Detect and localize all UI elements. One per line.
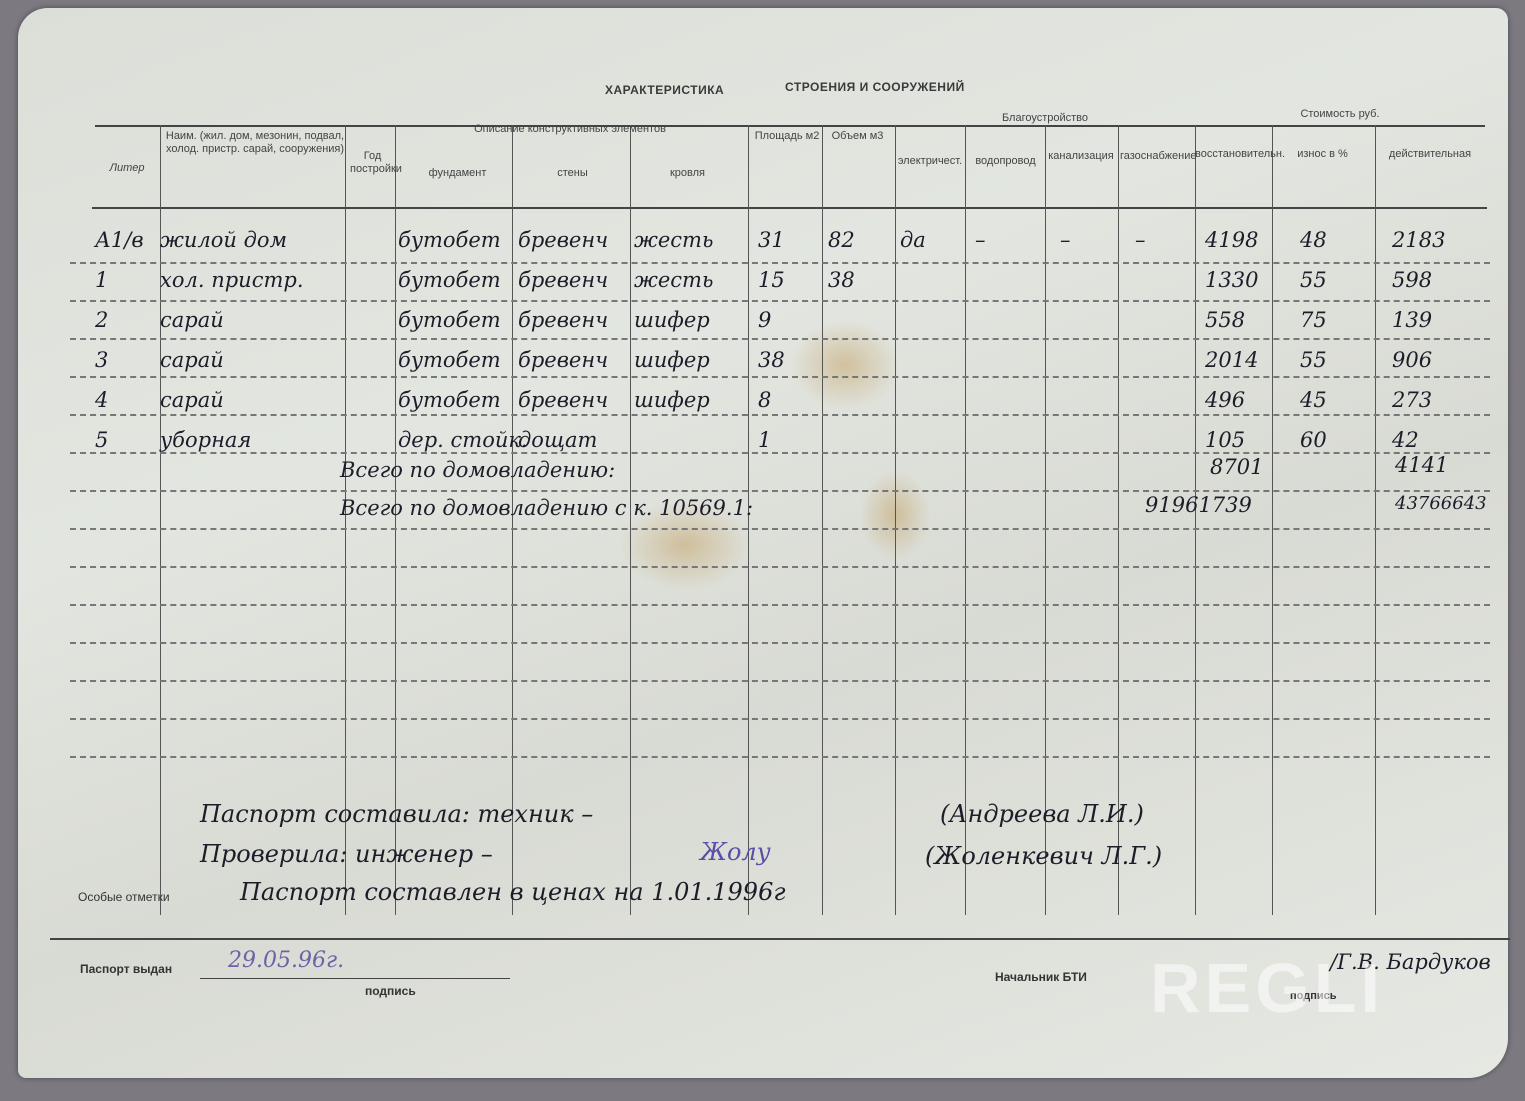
total-restoration-2: 91961739 [1145, 493, 1252, 517]
row-line [70, 604, 1490, 606]
cell-area: 9 [758, 308, 771, 332]
header-volume: Объем м3 [825, 130, 890, 143]
cell-wear: 60 [1300, 428, 1327, 452]
total-actual-1: 4141 [1395, 453, 1448, 477]
column-line [1195, 125, 1196, 915]
cell-area: 15 [758, 268, 785, 292]
row-line [70, 338, 1490, 340]
header-area: Площадь м2 [752, 130, 822, 143]
column-line [1118, 125, 1119, 915]
cell-actual: 598 [1392, 268, 1432, 292]
row-line [70, 566, 1490, 568]
header-sewer: канализация [1045, 150, 1117, 163]
cell-wear: 55 [1300, 348, 1327, 372]
cell-gas: – [1135, 228, 1146, 252]
row-line [70, 262, 1490, 264]
column-line [1272, 125, 1273, 915]
issued-line [200, 978, 510, 979]
stain [790, 320, 900, 410]
cell-liter: А1/в [95, 228, 144, 252]
cell-restoration: 105 [1205, 428, 1245, 452]
separator-line [50, 938, 1510, 940]
issued-label: Паспорт выдан [80, 962, 172, 976]
column-line [965, 125, 966, 915]
checked-name: (Жоленкевич Л.Г.) [925, 842, 1162, 870]
cell-name: сарай [160, 308, 224, 332]
cell-foundation: бутобет [398, 348, 501, 372]
cell-walls: бревенч [518, 348, 608, 372]
cell-liter: 4 [95, 388, 108, 412]
header-wear: износ в % [1275, 148, 1370, 161]
cell-actual: 139 [1392, 308, 1432, 332]
row-line [70, 452, 1490, 454]
cell-actual: 906 [1392, 348, 1432, 372]
header-cost: Стоимость руб. [1200, 108, 1480, 121]
checked-by: Проверила: инженер – [200, 840, 493, 868]
header-year: Год постройки [350, 150, 395, 176]
cell-volume: 38 [828, 268, 855, 292]
cell-wear: 55 [1300, 268, 1327, 292]
cell-name: хол. пристр. [160, 268, 304, 292]
cell-water: – [975, 228, 986, 252]
row-line [70, 490, 1490, 492]
total-label-2: Всего по домовладению с к. 10569.1: [340, 496, 753, 520]
title-left: ХАРАКТЕРИСТИКА [605, 83, 724, 97]
cell-restoration: 1330 [1205, 268, 1258, 292]
total-actual-2: 43766643 [1395, 493, 1487, 514]
cell-walls: бревенч [518, 308, 608, 332]
cell-restoration: 496 [1205, 388, 1245, 412]
cell-sewer: – [1060, 228, 1071, 252]
compiled-by: Паспорт составила: техник – [200, 800, 593, 828]
column-line [345, 125, 346, 915]
cell-volume: 82 [828, 228, 855, 252]
issued-signature-label: подпись [365, 984, 416, 998]
column-line [395, 125, 396, 915]
row-line [70, 718, 1490, 720]
cell-restoration: 558 [1205, 308, 1245, 332]
header-bottom-line [92, 207, 1487, 209]
passport-sheet [18, 8, 1508, 1078]
cell-foundation: бутобет [398, 308, 501, 332]
cell-wear: 45 [1300, 388, 1327, 412]
cell-restoration: 2014 [1205, 348, 1258, 372]
header-top-line [95, 125, 1485, 127]
header-name: Наим. (жил. дом, мезонин, подвал, холод.… [165, 130, 345, 156]
column-line [822, 125, 823, 915]
header-water: водопровод [968, 155, 1043, 168]
cell-area: 38 [758, 348, 785, 372]
cell-wear: 75 [1300, 308, 1327, 332]
cell-area: 1 [758, 428, 771, 452]
cell-foundation: бутобет [398, 388, 501, 412]
header-amenities: Благоустройство [900, 112, 1190, 125]
special-notes-label: Особые отметки [78, 890, 170, 904]
header-walls: стены [515, 167, 630, 180]
issued-value: 29.05.96г. [228, 948, 344, 973]
special-notes: Паспорт составлен в ценах на 1.01.1996г [240, 878, 785, 906]
cell-walls: бревенч [518, 388, 608, 412]
cell-area: 8 [758, 388, 771, 412]
row-line [70, 756, 1490, 758]
cell-roof: шифер [634, 308, 710, 332]
row-line [70, 414, 1490, 416]
header-gas: газоснабжение [1120, 150, 1195, 163]
row-line [70, 300, 1490, 302]
column-line [895, 125, 896, 915]
cell-foundation: дер. стойк. [398, 428, 528, 452]
cell-name: сарай [160, 388, 224, 412]
column-line [1375, 125, 1376, 915]
header-restoration: восстановительн. [1195, 148, 1270, 161]
cell-wear: 48 [1300, 228, 1327, 252]
cell-electricity: да [900, 228, 926, 252]
total-label-1: Всего по домовладению: [340, 458, 615, 482]
cell-liter: 2 [95, 308, 108, 332]
cell-walls: дощат [518, 428, 597, 452]
cell-area: 31 [758, 228, 785, 252]
header-roof: кровля [630, 167, 745, 180]
row-line [70, 642, 1490, 644]
cell-name: уборная [160, 428, 251, 452]
column-line [1045, 125, 1046, 915]
cell-roof: жесть [634, 268, 713, 292]
compiled-name: (Андреева Л.И.) [940, 800, 1144, 828]
header-electricity: электричест. [895, 155, 965, 168]
cell-actual: 2183 [1392, 228, 1445, 252]
cell-walls: бревенч [518, 268, 608, 292]
header-actual: действительная [1375, 148, 1485, 161]
row-line [70, 376, 1490, 378]
row-line [70, 528, 1490, 530]
cell-walls: бревенч [518, 228, 608, 252]
total-restoration-1: 8701 [1210, 455, 1263, 479]
watermark: REGLI [1150, 948, 1384, 1028]
title-right: СТРОЕНИЯ И СООРУЖЕНИЙ [785, 80, 965, 94]
cell-name: сарай [160, 348, 224, 372]
row-line [70, 680, 1490, 682]
column-line [748, 125, 749, 915]
cell-liter: 3 [95, 348, 108, 372]
checked-signature: Жолу [700, 838, 771, 866]
cell-roof: шифер [634, 348, 710, 372]
head-label: Начальник БТИ [995, 970, 1087, 984]
cell-liter: 5 [95, 428, 108, 452]
cell-foundation: бутобет [398, 268, 501, 292]
header-foundation: фундамент [400, 167, 515, 180]
cell-actual: 42 [1392, 428, 1419, 452]
column-line [630, 125, 631, 915]
column-line [512, 125, 513, 915]
header-liter: Литер [98, 162, 156, 175]
cell-name: жилой дом [160, 228, 287, 252]
cell-roof: шифер [634, 388, 710, 412]
cell-actual: 273 [1392, 388, 1432, 412]
cell-foundation: бутобет [398, 228, 501, 252]
cell-restoration: 4198 [1205, 228, 1258, 252]
cell-roof: жесть [634, 228, 713, 252]
cell-liter: 1 [95, 268, 108, 292]
header-constructive: Описание конструктивных элементов [400, 123, 740, 136]
